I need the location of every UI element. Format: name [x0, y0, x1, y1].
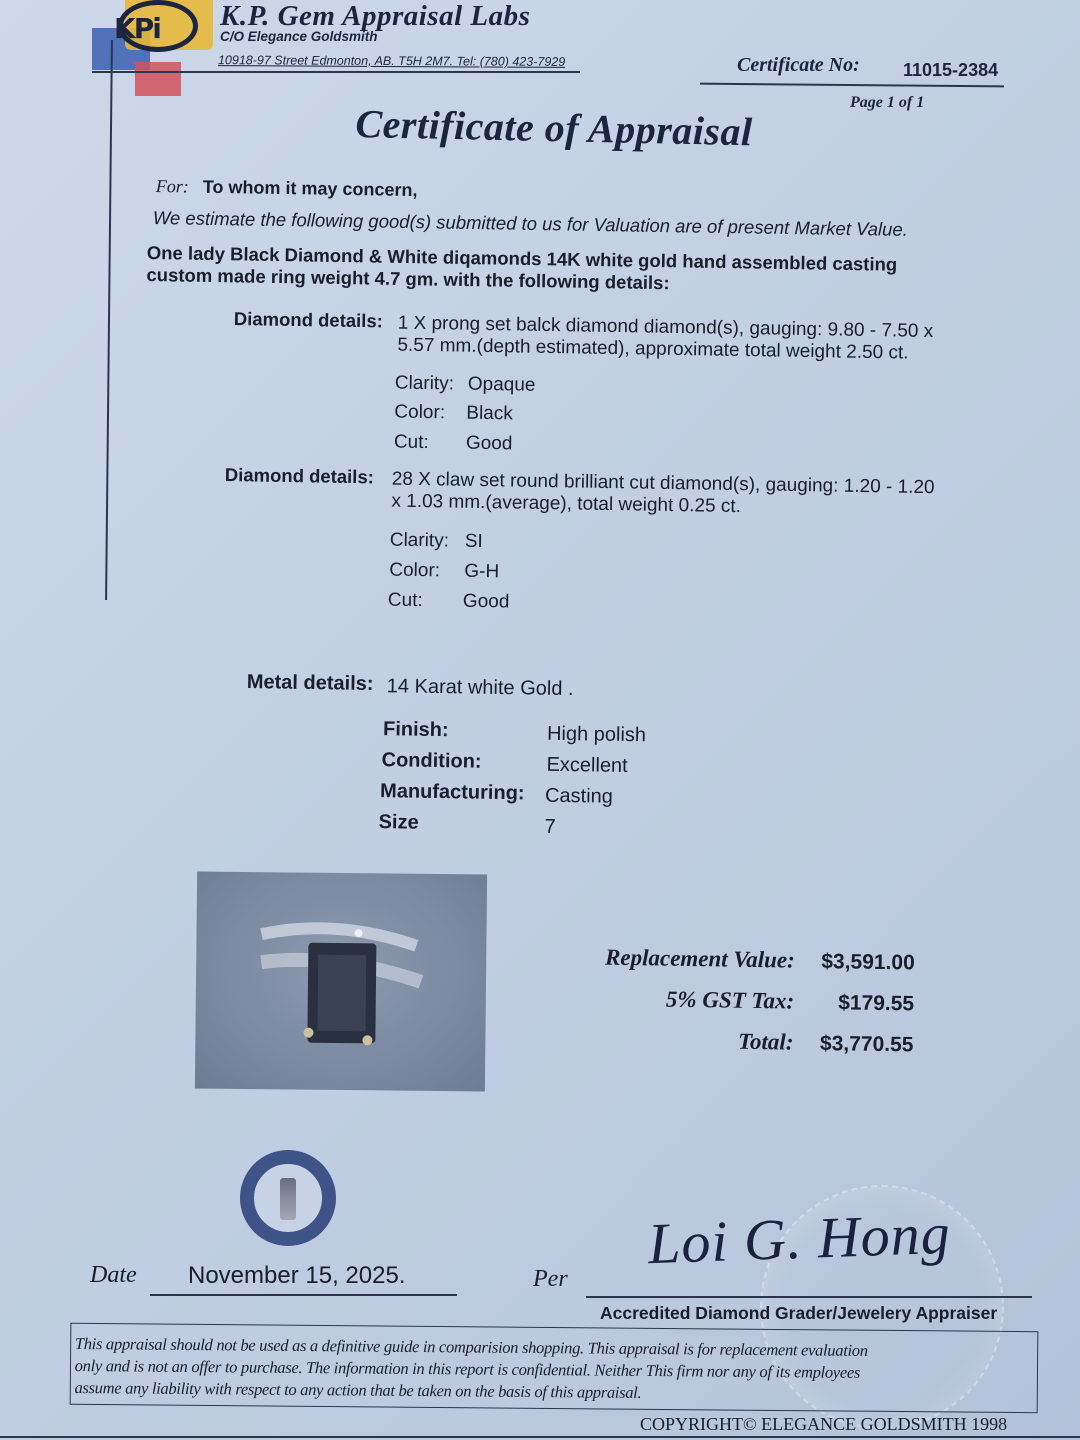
metal-spec-value: 7 — [544, 816, 555, 839]
gst-tax-amount: $179.55 — [804, 991, 914, 1017]
spec-value: Opaque — [468, 374, 536, 397]
signature-rule — [586, 1296, 1032, 1298]
spec-key: Color: — [394, 402, 445, 424]
spec-row: Cut:Good — [394, 432, 429, 455]
logo-monogram: KPi — [114, 12, 160, 45]
spec-row: Color:G-H — [389, 560, 440, 583]
gst-tax-label: 5% GST Tax: — [564, 985, 794, 1015]
lab-address: 10918-97 Street Edmonton, AB. T5H 2M7. T… — [218, 53, 565, 69]
replacement-value-amount: $3,591.00 — [805, 950, 915, 976]
diamond-details-1: Diamond details: 1 X prong set balck dia… — [234, 308, 994, 320]
spec-row: Clarity:Opaque — [395, 373, 454, 396]
metal-spec-key: Condition: — [381, 749, 481, 774]
header-rule — [92, 71, 580, 73]
logo-red-block — [135, 62, 181, 96]
copyright: COPYRIGHT© ELEGANCE GOLDSMITH 1998 — [640, 1414, 1007, 1435]
ring-photo — [195, 871, 487, 1091]
diamond-details-2: Diamond details: 28 X claw set round bri… — [225, 464, 995, 476]
recipient: To whom it may concern, — [203, 177, 418, 200]
spec-value: Black — [466, 403, 513, 426]
metal-value: 14 Karat white Gold . — [387, 675, 574, 701]
diamond-description: 1 X prong set balck diamond diamond(s), … — [397, 313, 998, 366]
diamond-details-label: Diamond details: — [234, 308, 383, 332]
per-label: Per — [533, 1266, 568, 1293]
spec-key: Clarity: — [390, 530, 449, 552]
document-title: Certificate of Appraisal — [355, 100, 753, 155]
left-margin-rule — [105, 40, 112, 600]
item-description: One lady Black Diamond & White diqamonds… — [146, 242, 937, 298]
recipient-line: For:To whom it may concern, — [156, 176, 418, 201]
date-rule — [150, 1294, 457, 1296]
certificate-label: Certificate No: — [737, 54, 860, 77]
spec-row: Clarity:SI — [390, 530, 449, 553]
spec-value: SI — [465, 531, 483, 553]
appraisal-date: November 15, 2025. — [188, 1262, 405, 1290]
certificate-rule — [700, 83, 1004, 87]
ring-illustration-icon — [195, 871, 487, 1091]
metal-spec-key: Finish: — [383, 718, 449, 742]
metal-details-label: Metal details: — [247, 671, 374, 696]
page-indicator: Page 1 of 1 — [850, 94, 924, 112]
diamond-details-label: Diamond details: — [225, 464, 374, 488]
metal-details: Metal details: 14 Karat white Gold . Fin… — [244, 671, 747, 849]
total-amount: $3,770.55 — [803, 1032, 913, 1058]
metal-spec-value: High polish — [547, 723, 646, 748]
total-label: Total: — [563, 1026, 793, 1056]
spec-row: Cut:Good — [388, 590, 423, 613]
appraiser-signature: Loi G. Hong — [647, 1200, 952, 1278]
date-label: Date — [90, 1262, 137, 1289]
estimate-statement: We estimate the following good(s) submit… — [153, 207, 908, 241]
diamond-description: 28 X claw set round brilliant cut diamon… — [391, 469, 1002, 523]
spec-key: Cut: — [394, 432, 429, 454]
metal-spec-key: Manufacturing: — [380, 780, 525, 805]
metal-spec-key: Size — [378, 811, 418, 835]
spec-key: Clarity: — [395, 373, 454, 395]
spec-value: G-H — [464, 561, 499, 584]
appraiser-title: Accredited Diamond Grader/Jewelery Appra… — [600, 1303, 997, 1324]
spec-key: Color: — [389, 560, 440, 582]
certificate-number: 11015-2384 — [903, 60, 998, 81]
spec-value: Good — [463, 591, 510, 614]
replacement-value-label: Replacement Value: — [565, 944, 795, 974]
care-of: C/O Elegance Goldsmith — [220, 29, 378, 44]
disclaimer-text: This appraisal should not be used as a d… — [74, 1333, 1025, 1407]
metal-spec-value: Casting — [545, 785, 613, 809]
for-label: For: — [156, 176, 189, 197]
bottom-rule — [0, 1436, 1080, 1438]
metal-spec-value: Excellent — [546, 754, 628, 778]
valuation-table: Replacement Value: $3,591.00 5% GST Tax:… — [563, 944, 945, 1070]
spec-value: Good — [466, 433, 513, 456]
microscope-icon — [280, 1178, 296, 1220]
spec-row: Color:Black — [394, 402, 445, 425]
spec-key: Cut: — [388, 590, 423, 612]
